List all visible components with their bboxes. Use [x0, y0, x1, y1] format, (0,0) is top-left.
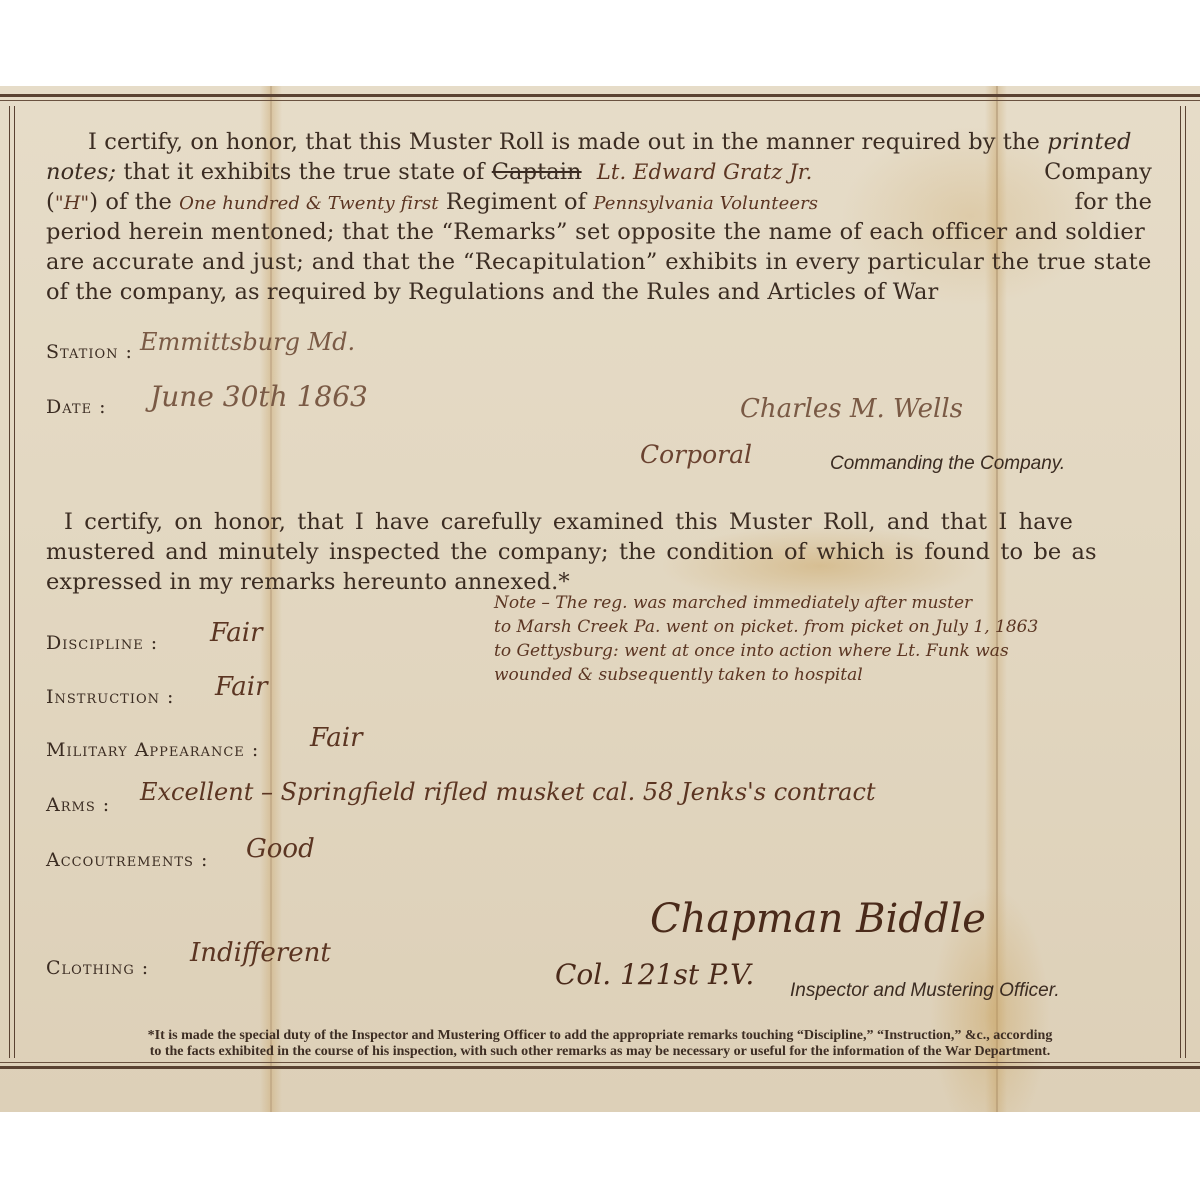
- military-appearance-value: Fair: [310, 723, 363, 753]
- handwritten-regiment-number: One hundred & Twenty first: [179, 193, 439, 214]
- inspector-title: Inspector and Mustering Officer.: [790, 980, 1060, 1002]
- commanding-title: Commanding the Company.: [830, 453, 1065, 475]
- cert1-text: Regiment of: [446, 189, 593, 215]
- top-border-rule: [0, 94, 1200, 101]
- inspector-signature: Chapman Biddle: [650, 896, 986, 942]
- handwritten-company-letter: "H": [55, 192, 89, 214]
- cert1-italic-printed: printed: [1047, 129, 1131, 155]
- station-value: Emmittsburg Md.: [140, 328, 355, 356]
- right-border-rule: [1180, 106, 1187, 1058]
- discipline-label: Discipline :: [46, 632, 158, 654]
- note-line: to Marsh Creek Pa. went on picket. from …: [494, 615, 1174, 639]
- document-page: I certify, on honor, that this Muster Ro…: [0, 86, 1200, 1112]
- left-border-rule: [9, 106, 16, 1058]
- commanding-signature: Charles M. Wells: [740, 394, 963, 424]
- cert1-text: (: [46, 189, 55, 215]
- arms-label: Arms :: [46, 794, 110, 816]
- note-line: Note – The reg. was marched immediately …: [494, 591, 1174, 615]
- military-appearance-label: Military Appearance :: [46, 739, 259, 761]
- handwritten-note: Note – The reg. was marched immediately …: [494, 591, 1174, 687]
- bottom-border-rule: [0, 1062, 1200, 1069]
- instruction-value: Fair: [215, 672, 268, 702]
- accoutrements-value: Good: [246, 834, 315, 864]
- handwritten-commander-name: Lt. Edward Gratz Jr.: [597, 160, 813, 184]
- discipline-value: Fair: [210, 618, 263, 648]
- clothing-label: Clothing :: [46, 957, 149, 979]
- cert1-line-3: ("H") of the One hundred & Twenty first …: [46, 187, 1156, 217]
- footnote: *It is made the special duty of the Insp…: [40, 1028, 1160, 1060]
- cert1-text: ) of the: [89, 189, 179, 215]
- handwritten-state: Pennsylvania Volunteers: [593, 193, 818, 214]
- cert1-line-1: I certify, on honor, that this Muster Ro…: [46, 127, 1156, 157]
- note-line: to Gettysburg: went at once into action …: [494, 639, 1174, 663]
- inspector-rank: Col. 121st P.V.: [555, 958, 754, 991]
- footnote-line: *It is made the special duty of the Insp…: [40, 1028, 1160, 1044]
- cert1-text: that it exhibits the true state of: [116, 159, 492, 185]
- cert1-italic-notes: notes;: [46, 159, 116, 185]
- station-label: Station :: [46, 341, 133, 363]
- cert2-line-2: mustered and minutely inspected the comp…: [46, 537, 1156, 567]
- cert1-line-5: are accurate and just; and that the “Rec…: [46, 247, 1156, 277]
- cert1-text: I certify, on honor, that this Muster Ro…: [88, 129, 1047, 155]
- struck-captain: Captain: [492, 159, 582, 185]
- note-line: wounded & subsequently taken to hospital: [494, 663, 1174, 687]
- cert1-text: for the: [1075, 187, 1152, 217]
- arms-value: Excellent – Springfield rifled musket ca…: [140, 778, 876, 806]
- date-label: Date :: [46, 396, 107, 418]
- inspector-certification: I certify, on honor, that I have careful…: [46, 507, 1156, 597]
- footnote-line: to the facts exhibited in the course of …: [40, 1044, 1160, 1060]
- clothing-value: Indifferent: [190, 938, 331, 968]
- cert1-line-6: of the company, as required by Regulatio…: [46, 277, 1156, 307]
- cert1-line-4: period herein mentoned; that the “Remark…: [46, 217, 1156, 247]
- company-commander-certification: I certify, on honor, that this Muster Ro…: [46, 127, 1156, 307]
- date-value: June 30th 1863: [150, 380, 368, 413]
- cert2-line-1: I certify, on honor, that I have careful…: [46, 507, 1156, 537]
- instruction-label: Instruction :: [46, 686, 174, 708]
- cert1-line-2: notes; that it exhibits the true state o…: [46, 157, 1156, 187]
- accoutrements-label: Accoutrements :: [46, 849, 208, 871]
- cert1-text-company: Company: [1044, 157, 1152, 187]
- commanding-rank: Corporal: [640, 440, 752, 469]
